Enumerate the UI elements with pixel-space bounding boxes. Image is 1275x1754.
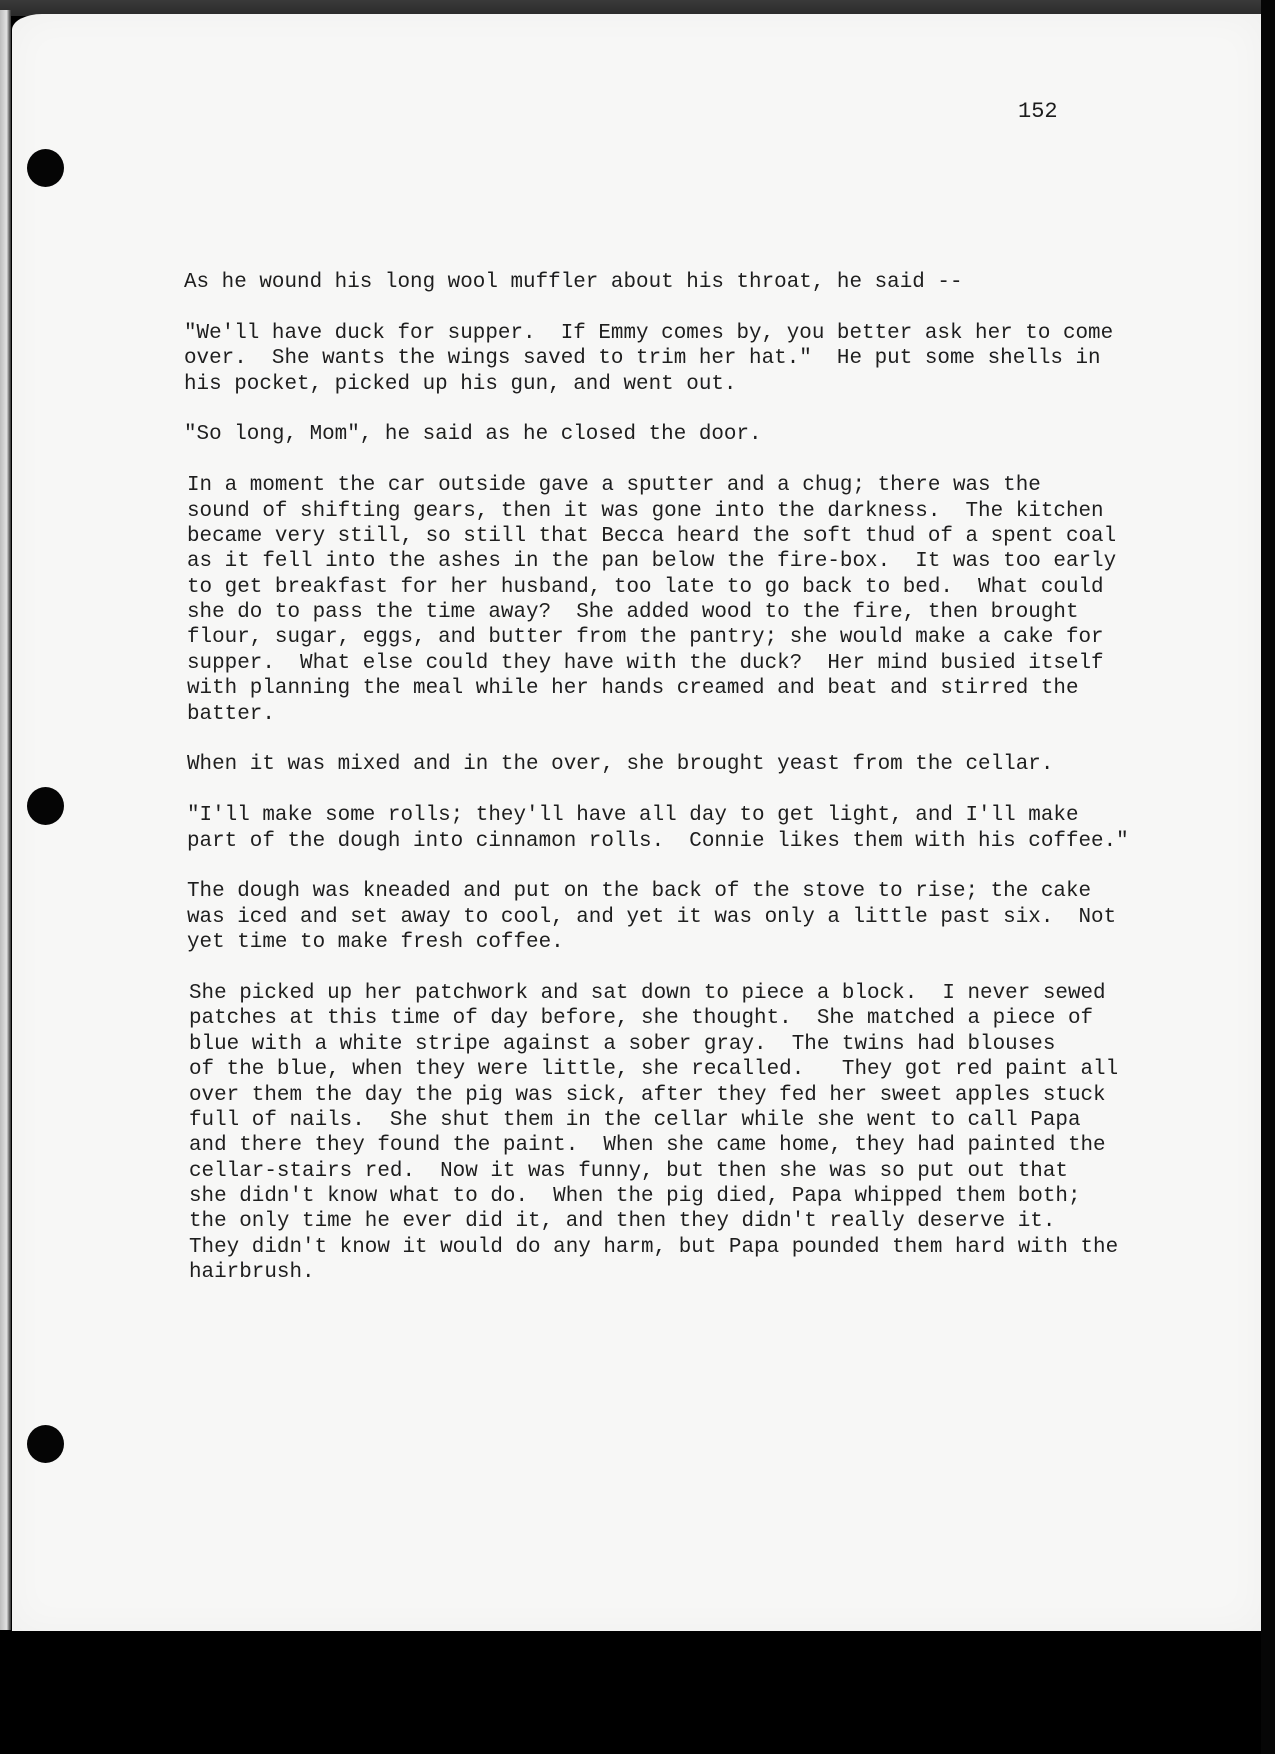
text-line: patches at this time of day before, she … (189, 1006, 1144, 1031)
text-line: "We'll have duck for supper. If Emmy com… (184, 321, 1144, 346)
text-line: supper. What else could they have with t… (187, 651, 1144, 676)
text-line: She picked up her patchwork and sat down… (189, 981, 1144, 1006)
text-line: of the blue, when they were little, she … (189, 1057, 1144, 1082)
text-line: over. She wants the wings saved to trim … (184, 346, 1144, 371)
text-line: full of nails. She shut them in the cell… (189, 1108, 1144, 1133)
text-line: batter. (187, 702, 1144, 727)
text-line: the only time he ever did it, and then t… (189, 1209, 1144, 1234)
text-line: When it was mixed and in the over, she b… (187, 752, 1144, 777)
text-line: to get breakfast for her husband, too la… (187, 575, 1144, 600)
paragraph: In a moment the car outside gave a sputt… (187, 473, 1144, 727)
text-line: blue with a white stripe against a sober… (189, 1032, 1144, 1057)
scan-right-border (1261, 0, 1275, 1754)
text-line: The dough was kneaded and put on the bac… (187, 879, 1144, 904)
paragraph: "So long, Mom", he said as he closed the… (184, 422, 1144, 447)
paragraph: When it was mixed and in the over, she b… (187, 752, 1144, 777)
scan-left-binding (0, 10, 11, 1630)
text-line: As he wound his long wool muffler about … (184, 270, 1144, 295)
text-line: became very still, so still that Becca h… (187, 524, 1144, 549)
text-line: In a moment the car outside gave a sputt… (187, 473, 1144, 498)
text-line: she do to pass the time away? She added … (187, 600, 1144, 625)
text-line: cellar-stairs red. Now it was funny, but… (189, 1159, 1144, 1184)
text-line: sound of shifting gears, then it was gon… (187, 499, 1144, 524)
paragraph: "We'll have duck for supper. If Emmy com… (184, 321, 1144, 397)
text-line: as it fell into the ashes in the pan bel… (187, 549, 1144, 574)
text-line: They didn't know it would do any harm, b… (189, 1235, 1144, 1260)
text-line: and there they found the paint. When she… (189, 1133, 1144, 1158)
text-line: yet time to make fresh coffee. (187, 930, 1144, 955)
body-text: As he wound his long wool muffler about … (184, 270, 1144, 1311)
text-line: she didn't know what to do. When the pig… (189, 1184, 1144, 1209)
page-number: 152 (1018, 99, 1058, 124)
text-line: with planning the meal while her hands c… (187, 676, 1144, 701)
paragraph: She picked up her patchwork and sat down… (189, 981, 1144, 1286)
text-line: part of the dough into cinnamon rolls. C… (187, 829, 1144, 854)
text-line: over them the day the pig was sick, afte… (189, 1083, 1144, 1108)
paragraph: The dough was kneaded and put on the bac… (187, 879, 1144, 955)
text-line: flour, sugar, eggs, and butter from the … (187, 625, 1144, 650)
paragraph: As he wound his long wool muffler about … (184, 270, 1144, 295)
text-line: hairbrush. (189, 1260, 1144, 1285)
paragraph: "I'll make some rolls; they'll have all … (187, 803, 1144, 854)
text-line: "So long, Mom", he said as he closed the… (184, 422, 1144, 447)
punch-hole-icon (27, 1425, 64, 1463)
text-line: his pocket, picked up his gun, and went … (184, 372, 1144, 397)
text-line: was iced and set away to cool, and yet i… (187, 905, 1144, 930)
punch-hole-icon (27, 787, 64, 825)
text-line: "I'll make some rolls; they'll have all … (187, 803, 1144, 828)
punch-hole-icon (27, 149, 64, 187)
